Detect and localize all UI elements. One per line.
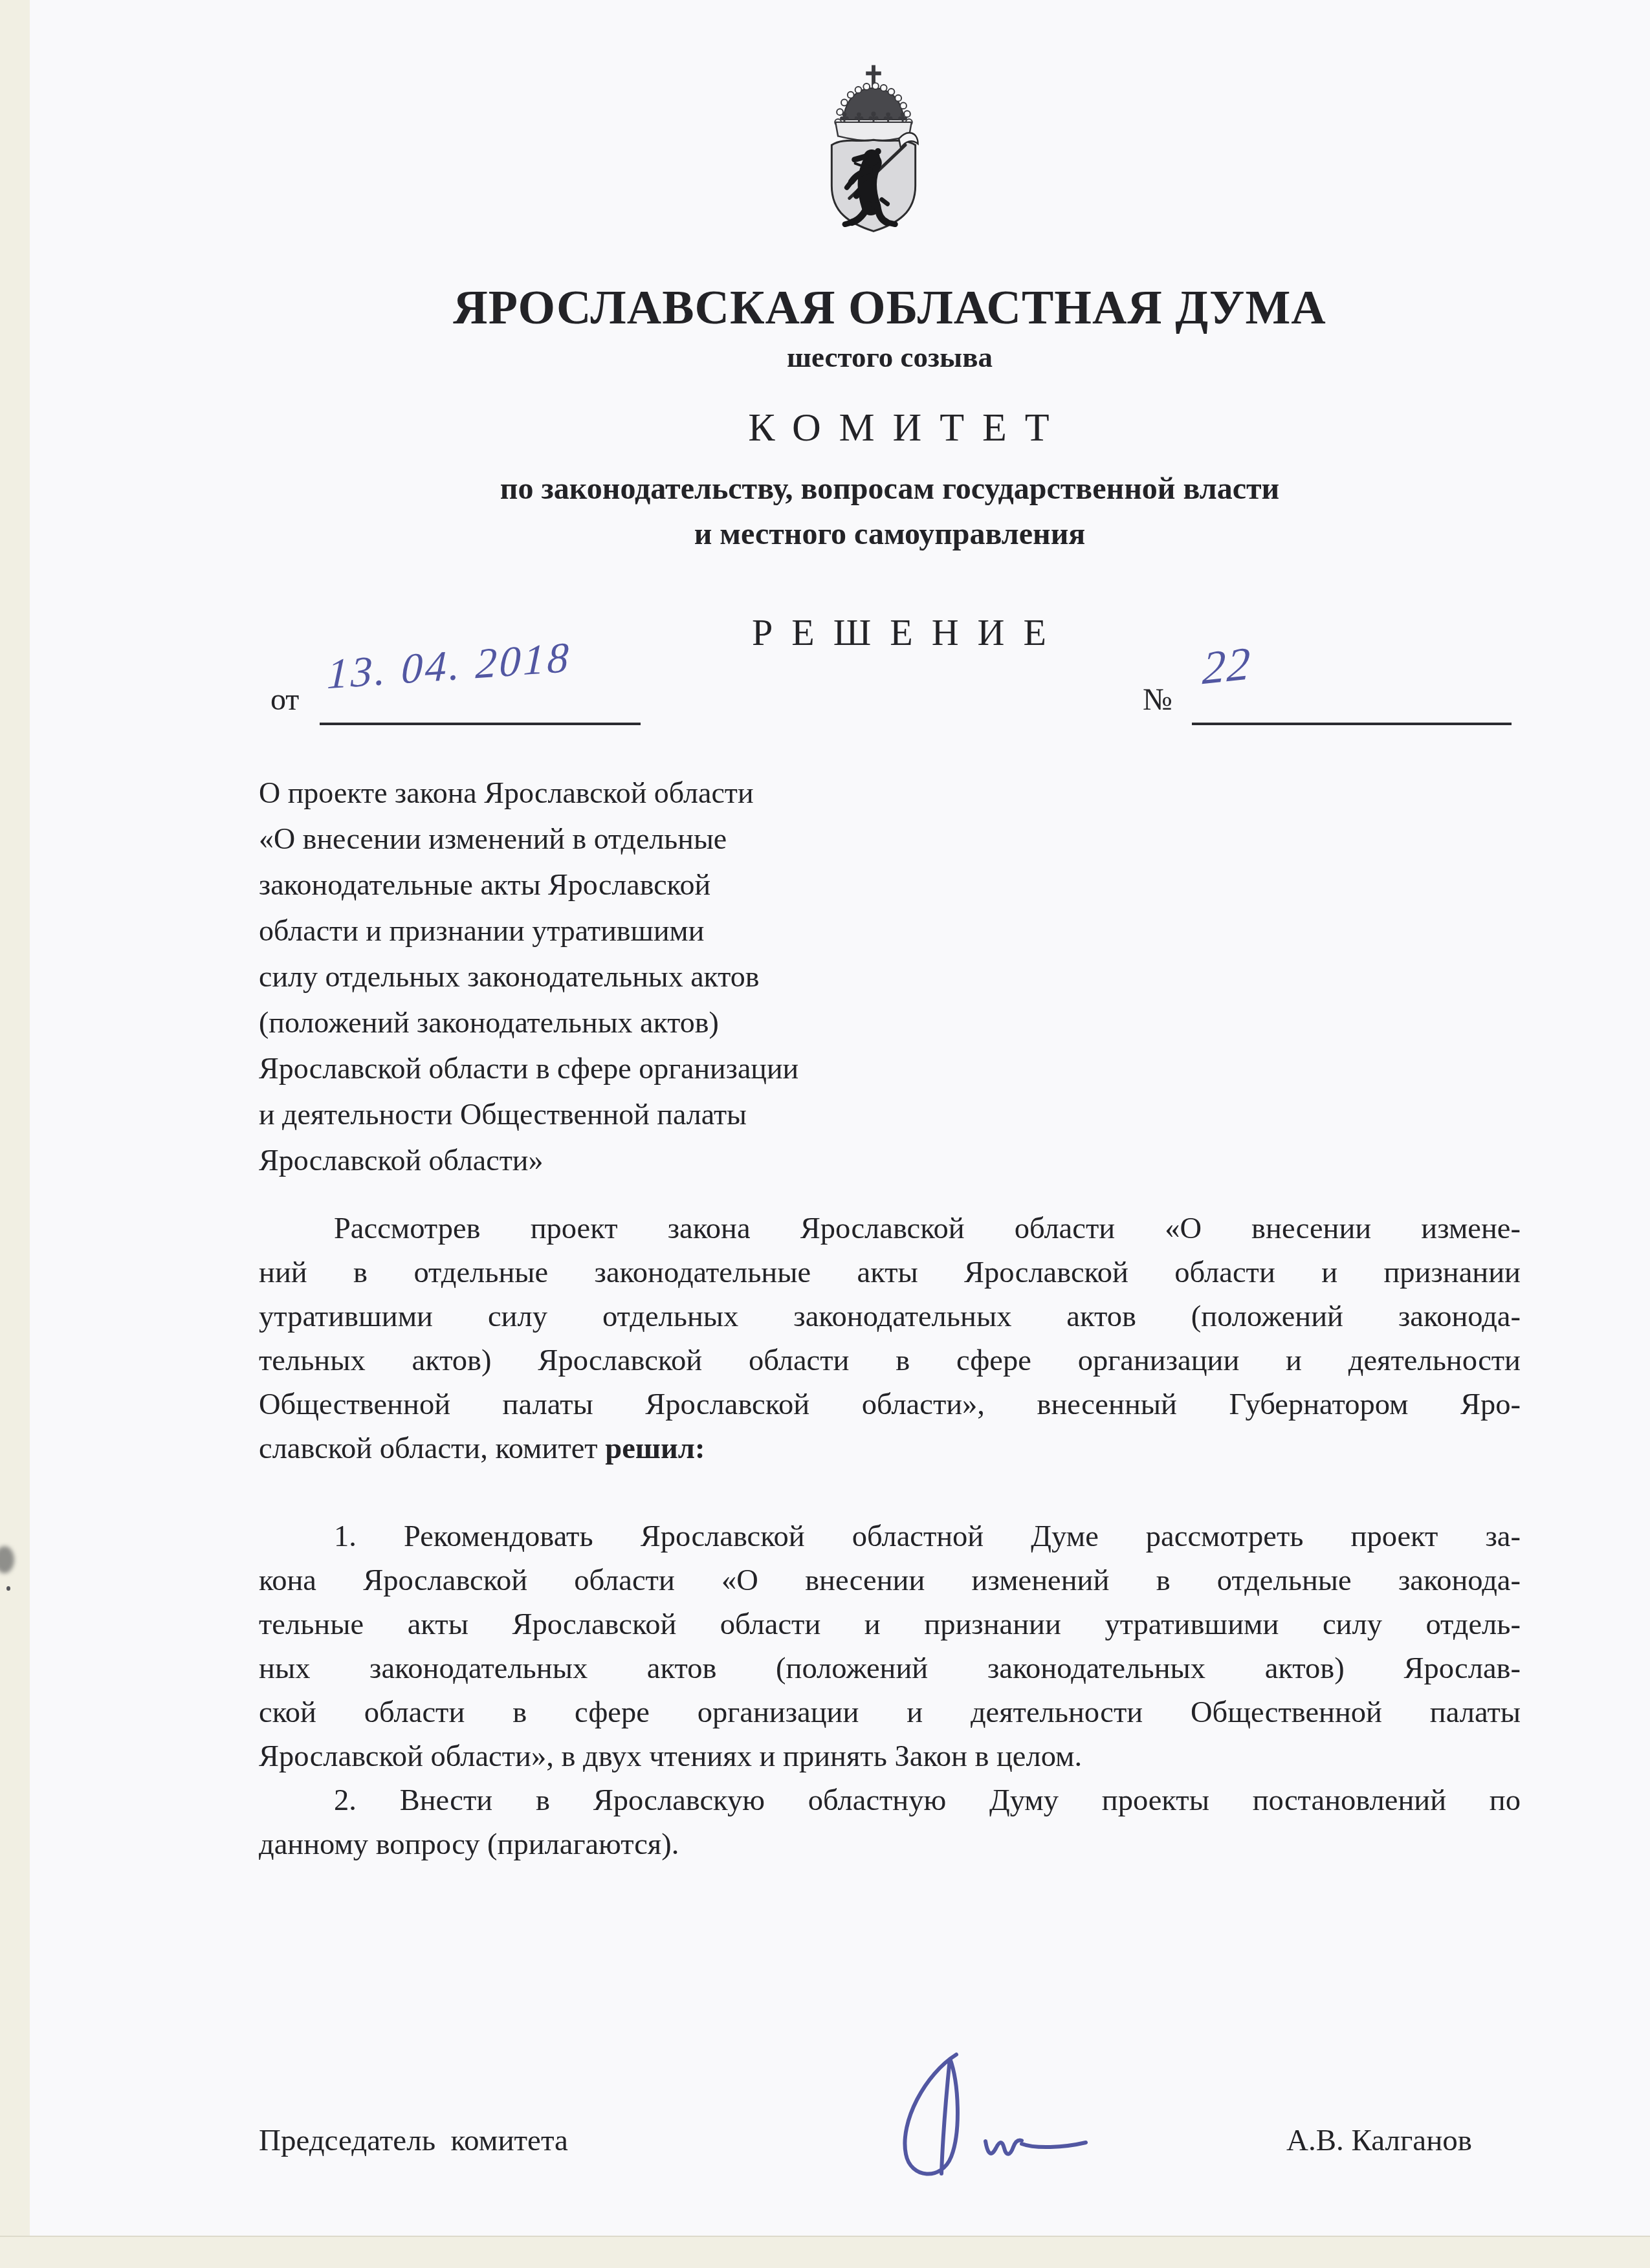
number-underline: [1192, 723, 1512, 725]
subject-line: Ярославской области в сфере организации: [259, 1045, 1035, 1091]
subject-line: силу отдельных законодательных актов: [259, 954, 1035, 999]
subject-line: и деятельности Общественной палаты: [259, 1091, 1035, 1137]
number-label: №: [1143, 682, 1172, 717]
body-line: ных законодательных актов (положений зак…: [259, 1647, 1521, 1691]
body-line: утратившими силу отдельных законодательн…: [259, 1295, 1521, 1339]
scan-speck: [6, 1586, 10, 1591]
date-underline: [320, 723, 641, 725]
subject-line: области и признании утратившими: [259, 908, 1035, 954]
convocation: шестого созыва: [259, 340, 1521, 374]
body-line: Ярославской области», в двух чтениях и п…: [259, 1735, 1521, 1779]
body-line: Рассмотрев проект закона Ярославской обл…: [259, 1207, 1521, 1251]
subject-line: «О внесении изменений в отдельные: [259, 816, 1035, 862]
subject-line: (положений законодательных актов): [259, 999, 1035, 1045]
handwritten-number: 22: [1202, 637, 1253, 696]
body-line: тельные акты Ярославской области и призн…: [259, 1603, 1521, 1647]
subject-line: О проекте закона Ярославской области: [259, 770, 1035, 816]
date-label: от: [270, 682, 299, 717]
signer-position: Председатель комитета: [259, 2123, 568, 2158]
body-paragraph-2: 1. Рекомендовать Ярославской областной Д…: [259, 1515, 1521, 1779]
body-line: данному вопросу (прилагаются).: [259, 1823, 1521, 1867]
body-paragraph-1: Рассмотрев проект закона Ярославской обл…: [259, 1207, 1521, 1471]
body-line: ской области в сфере организации и деяте…: [259, 1691, 1521, 1735]
committee-scope-line1: по законодательству, вопросам государств…: [259, 471, 1521, 507]
subject-line: законодательные акты Ярославской: [259, 862, 1035, 908]
body-line: тельных актов) Ярославской области в сфе…: [259, 1339, 1521, 1383]
committee-scope-line2: и местного самоуправления: [259, 516, 1521, 552]
body-line-text: славской области, комитет: [259, 1432, 598, 1465]
scan-edge-bottom-strip: [0, 2236, 1650, 2268]
handwritten-signature: [820, 2036, 1112, 2218]
body-line: кона Ярославской области «О внесении изм…: [259, 1559, 1521, 1603]
body-line: ний в отдельные законодательные акты Яро…: [259, 1251, 1521, 1295]
org-name: ЯРОСЛАВСКАЯ ОБЛАСТНАЯ ДУМА: [259, 282, 1521, 334]
committee-title: КОМИТЕТ: [259, 405, 1539, 451]
body-line: славской области, комитет решил:: [259, 1427, 1521, 1471]
resolved-keyword: решил:: [605, 1432, 705, 1465]
signer-name: А.В. Калганов: [1286, 2123, 1472, 2158]
body-line: Общественной палаты Ярославской области»…: [259, 1383, 1521, 1427]
scanned-document-page: { "colors":{"ink_blue":"#5257a2","text":…: [0, 0, 1650, 2268]
body-paragraph-3: 2. Внести в Ярославскую областную Думу п…: [259, 1779, 1521, 1867]
subject-line: Ярославской области»: [259, 1137, 1035, 1183]
crown-cross-icon: [866, 65, 881, 85]
scan-edge-left-strip: [0, 0, 30, 2268]
body-line: 2. Внести в Ярославскую областную Думу п…: [259, 1779, 1521, 1823]
subject-block: О проекте закона Ярославской области «О …: [259, 770, 1035, 1183]
body-line: 1. Рекомендовать Ярославской областной Д…: [259, 1515, 1521, 1559]
crown-icon: [835, 83, 912, 141]
yaroslavl-bear-coat-of-arms-icon: [810, 62, 937, 238]
